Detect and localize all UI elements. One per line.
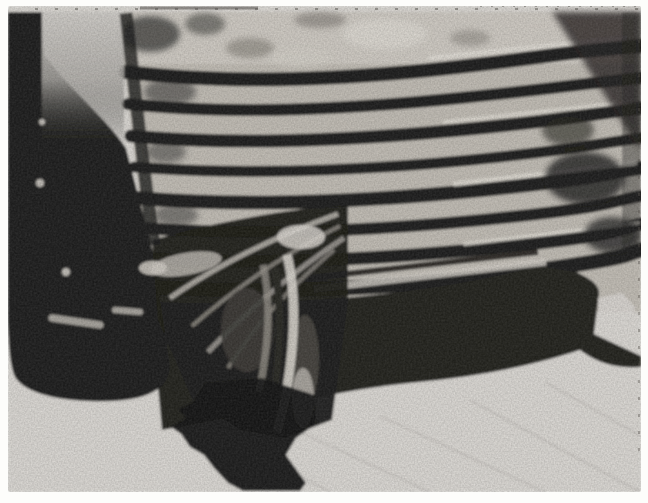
page-background [0, 0, 648, 503]
photo-canvas [0, 0, 648, 503]
halftone-photo [0, 0, 648, 503]
grain-overlay-light [8, 6, 641, 492]
